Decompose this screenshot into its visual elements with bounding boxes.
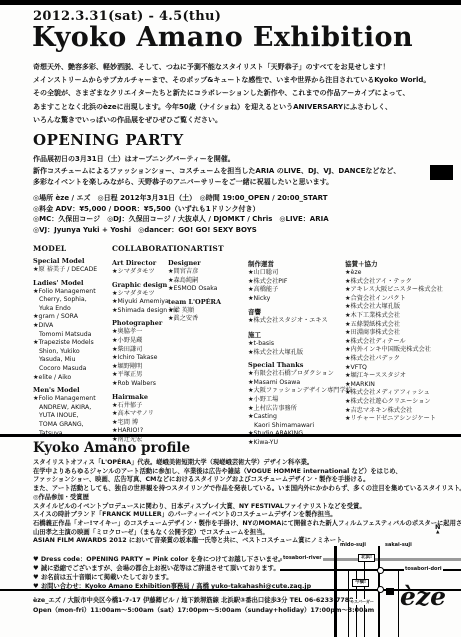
credit-item: ★t-basis (248, 340, 345, 349)
credit-item: ★Shimada design inc (112, 307, 168, 316)
credit-item: ★高本マサノリ (112, 410, 168, 419)
mido-suji-label: mido-suji (339, 542, 367, 548)
credit-item: ★宅間 博 (112, 419, 168, 428)
credit-item: ★山口聡司 (248, 269, 345, 278)
credit-item: ★大阪ファッションデザイン専門学校 (248, 387, 345, 396)
credit-item: ★DIVA (33, 322, 112, 331)
credit-item: Shion, Yukiko (33, 348, 112, 357)
credit-group-title: Special Model (33, 257, 112, 265)
credit-item: ★内外インキ中国販売株式会社 (345, 346, 461, 355)
text-line: スタイルビルのイベントプロデュースに関わり、日本ディスプレイ大賞、NY FEST… (33, 503, 461, 512)
credit-item: ★高橋能子 (248, 286, 345, 295)
text-line: ♥ Dress code：OPENING PARTY = Pink color … (33, 555, 311, 564)
text-line: スタイリストオフィス「L'OPÉRA」代表。嵯峨美術短期大学（現嵯峨芸術大学）デ… (33, 459, 461, 468)
intersection-circle (377, 567, 384, 574)
credit-item: ★株式会社パデック (345, 355, 461, 364)
imabashi-station-label: 今橋! (352, 579, 369, 587)
credit-item: Cherry, Sophia, (33, 296, 112, 305)
credit-group-title: 音響 (248, 307, 345, 316)
credit-group-title: Special Thanks (248, 361, 345, 369)
credit-item: ★Trapeziste Models (33, 339, 112, 348)
text-line: 多彩なイベントを楽しみながら、天野恭子のアニバーサリーをご一緒に祝福したいと思い… (33, 177, 400, 189)
credit-item: ★平塚正男 (112, 371, 168, 380)
credit-item: ★柴田謙司 (112, 346, 168, 355)
credit-item: ★Miyuki Amemiya (112, 298, 168, 307)
credit-item: ★シマダタモツ (112, 268, 168, 277)
credit-item: ★株式会社大塚孔版 (248, 349, 345, 358)
credit-item: ★アキレス大阪ビニスター株式会社 (345, 286, 461, 295)
opening-party-description: 作品展初日の3月31日（土）はオープニングパーティーを開催。新作コスチュームによ… (33, 154, 400, 189)
credit-item: ★Folio Management (33, 395, 112, 404)
credit-item: ★株式会社大塚孔版 (345, 303, 461, 312)
text-line: ◎作品参加・受賞歴 (33, 494, 461, 503)
text-line: ◎VJ：Jyunya Yuki + Yoshi ◎dancer：GO! GO! … (33, 225, 329, 236)
credits-column-sponsors: 協賛＋協力★èze★株式会社アイ・テック★アキレス大阪ビニスター株式会社★合資会… (345, 244, 461, 424)
credit-item: ★小野工場 (248, 396, 345, 405)
credit-item: ★眞之安香 (168, 315, 248, 324)
text-line: ♥ 誠に恐縮でございますが、会場の都合上お祝い花等はご辞退させて頂いております。 (33, 564, 311, 573)
credit-item: ★Nicky (248, 295, 345, 304)
credit-item: Yuka Endo (33, 305, 112, 314)
collaboration-subcolumn-2: Designer★間宮吉彦★森島純嗣★ESMOD Osakateam L'OPÉ… (168, 255, 248, 445)
text-line: 新作コスチュームによるファッションショー、コスチュームを担当したARIA のLI… (33, 166, 400, 178)
tosabori-dori-label: tosabori-dori (404, 566, 443, 572)
credit-item: ★Ichiro Takase (112, 354, 168, 363)
credit-item: ★VFTQ (345, 364, 461, 373)
profile-divider-rule (0, 434, 461, 437)
mido-suji-line (334, 546, 337, 637)
credit-item: ★堀江キーススタジオ (345, 372, 461, 381)
access-map: mido-suji sakai-suji tosabori-river tosa… (280, 520, 461, 637)
sakai-suji-label: sakai-suji (384, 542, 413, 548)
credit-item: ★間宮吉彦 (168, 268, 248, 277)
page-title: Kyoko Amano Exhibition (32, 22, 413, 53)
credit-item: ★株式会社PIF (248, 278, 345, 287)
credit-item: ★原 裕美子 / DECADE (33, 266, 112, 275)
credit-item: ★株式会社メディアフィッシュ (345, 389, 461, 398)
credit-item: ★リチャードゼニアシンジケート (345, 415, 461, 424)
credits-section: MODEL Special Model★原 裕美子 / DECADELadies… (33, 244, 461, 448)
collaboration-column-header: COLLABORATIONARTIST (112, 244, 248, 253)
credit-group-title: Hairmake (112, 393, 168, 401)
credit-item: ★田淵商事株式会社 (345, 329, 461, 338)
text-line: また、アート活動としても、独自の世界観を持つスタイリングで作品を発表している。い… (33, 485, 461, 494)
opening-party-details: ◎場所 èze / エズ ◎日程 2012年3月31日（土） ◎時間 19:00… (33, 193, 329, 235)
credit-item: Yasuda, Miu (33, 356, 112, 365)
credit-group-title: Photographer (112, 319, 168, 327)
text-line: ◎MC：久保田コージ ◎DJ：久保田コージ / 大抜卓人 / DJOMKT / … (33, 214, 329, 225)
eze-location-marker (386, 588, 394, 595)
credit-group-title: 協賛＋協力 (345, 259, 461, 268)
text-line: ◎料金 ADV：¥5,000 / DOOR：¥5,500（いずれも1ドリンク付き… (33, 204, 329, 215)
credit-item: ANDREW, AKIRA, (33, 404, 112, 413)
credits-column-production: 制作運営★山口聡司★株式会社PIF★高橋能子★Nicky音響★株式会社スタジオ・… (248, 244, 345, 448)
north-indicator: N ▲ (435, 524, 440, 536)
credit-item: YUTA INOUE, (33, 412, 112, 421)
credit-item: ★シマダタモツ (112, 290, 168, 299)
credit-item: ★上村広告事務所 (248, 405, 345, 414)
credit-item: ★木下工業株式会社 (345, 312, 461, 321)
credit-group-title: Men's Model (33, 386, 112, 394)
credit-group-title: Art Director (112, 259, 168, 267)
credit-group-title: 制作運営 (248, 259, 345, 268)
model-column-header: MODEL (33, 244, 112, 253)
intersection-circle (377, 586, 384, 593)
opening-party-heading: OPENING PARTY (33, 131, 184, 149)
credit-item: ★Folio Management (33, 288, 112, 297)
credit-item: Cocoro Masuda (33, 365, 112, 374)
credit-item: TOMA GRANG, (33, 421, 112, 430)
tosabori-river-label: tosabori-river (282, 555, 323, 561)
credit-item: ★森島純嗣 (168, 277, 248, 286)
credit-group-title: team L'OPÉRA (168, 298, 248, 306)
credit-item: ★株式会社アイ・テック (345, 278, 461, 287)
black-box-decoration (430, 165, 453, 180)
credit-item: Kaori Shimamawari (248, 422, 345, 431)
mos-burger-label: モスバーガー (350, 599, 374, 605)
collaboration-subcolumns: Art Director★シマダタモツGraphic design★シマダタモツ… (112, 255, 248, 445)
text-line: その全貌が、さまざまなクリエイターたちと新たにコラボレーションした新作や、これま… (33, 87, 430, 100)
credit-item: ★奥脇孝一 (112, 328, 168, 337)
credit-item: ★小野晃蔵 (112, 337, 168, 346)
text-line: 奇想天外、艶容多彩、軽妙洒脱、そして、つねに予測不能なスタイリスト「天野恭子」の… (33, 61, 430, 74)
minor-street-line (364, 558, 365, 637)
credit-item: ★ESMOD Osaka (168, 285, 248, 294)
credit-item: ★Rob Walbers (112, 380, 168, 389)
minor-street-line (398, 569, 399, 637)
model-groups: Special Model★原 裕美子 / DECADELadies' Mode… (33, 257, 112, 438)
credit-group-title: Ladies' Model (33, 279, 112, 287)
credit-item: ★株式会社遊心クリエーション (345, 398, 461, 407)
text-line: ◎場所 èze / エズ ◎日程 2012年3月31日（土） ◎時間 19:00… (33, 193, 329, 204)
credit-item: ★五條製紙株式会社 (345, 321, 461, 330)
credit-item: ★elite / Aiko (33, 374, 112, 383)
credit-group-title: Designer (168, 259, 248, 267)
credit-item: ★石井郁子 (112, 402, 168, 411)
credit-item: ★gram / SORA (33, 313, 112, 322)
credit-item: ★Kiwa-YU (248, 439, 345, 448)
top-black-bar (0, 0, 461, 5)
kitahama-station-label: 北浜! (358, 554, 375, 562)
footer-notes: ♥ Dress code：OPENING PARTY = Pink color … (33, 555, 311, 591)
collaboration-subcolumn-1: Art Director★シマダタモツGraphic design★シマダタモツ… (112, 255, 168, 445)
text-line: メインストリームからサブカルチャーまで、そのポップ&キュートな感性で、いまや世界… (33, 74, 430, 87)
text-line: あますことなく北浜のèzeに出現します。今年50歳（ナイショね）を迎えるというA… (33, 101, 430, 114)
intro-paragraph: 奇想天外、艶容多彩、軽妙洒脱、そして、つねに予測不能なスタイリスト「天野恭子」の… (33, 61, 430, 127)
credits-column-model: MODEL Special Model★原 裕美子 / DECADELadies… (33, 244, 112, 438)
credits-column-collaboration: COLLABORATIONARTIST Art Director★シマダタモツG… (112, 244, 248, 445)
text-line: ♥ お名前は五十音順にて掲載いたしております。 (33, 573, 311, 582)
text-line: 作品展初日の3月31日（土）はオープニングパーティーを開催。 (33, 154, 400, 166)
text-line: いろんな驚きでいっぱいの作品展をぜひぜひご覧ください。 (33, 114, 430, 127)
minor-street-line (348, 569, 349, 637)
credit-group-title: 施工 (248, 330, 345, 339)
credit-item: ★有限会社石橋プロダクション (248, 370, 345, 379)
credit-item: ★èze (345, 269, 461, 278)
credit-item: ★Casting (248, 413, 345, 422)
credit-item: ★吉忠マネキン株式会社 (345, 407, 461, 416)
credit-item: ★株式会社スタジオ・エキス (248, 317, 345, 326)
credit-group-title: Graphic design (112, 281, 168, 289)
text-line: スイスの時計ブランド「FRANCK MULLER」のパーティーイベントのコスチュ… (33, 511, 461, 520)
credit-item: Tomomi Matsuda (33, 331, 112, 340)
eze-logo: èze (400, 582, 446, 611)
exhibition-poster: 2012.3.31(sat) - 4.5(thu) Kyoko Amano Ex… (0, 0, 461, 637)
profile-heading: Kyoko Amano profile (33, 440, 190, 456)
text-line: ファッションショー、映画、広告写真、CMなどにおけるスタイリングおよびコスチュー… (33, 476, 461, 485)
